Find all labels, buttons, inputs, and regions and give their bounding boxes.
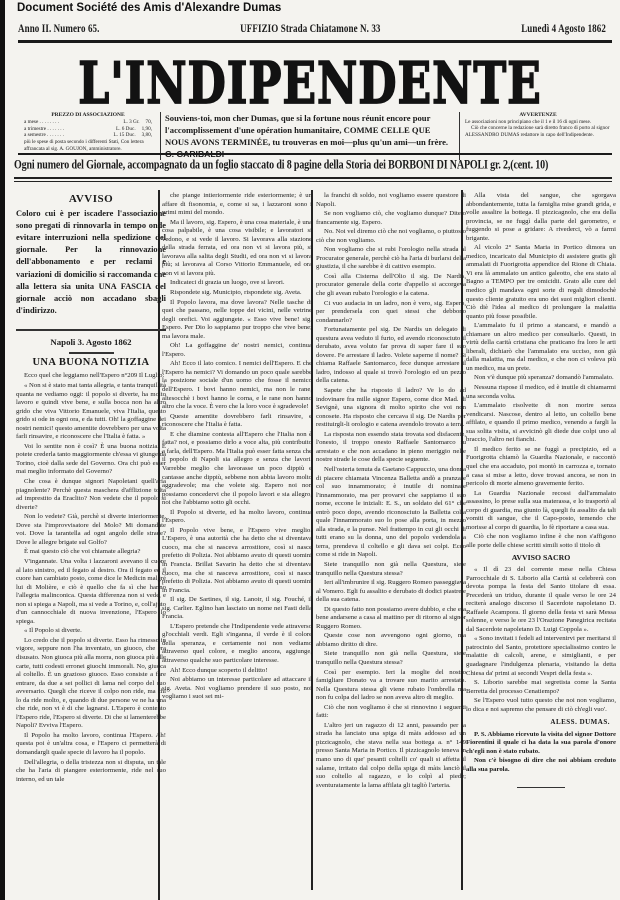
paragraph: Alla vista del sangue, che sgorgava abbo…	[466, 192, 616, 243]
paragraph: È mai questo ciò che voi chiamate allegr…	[16, 548, 166, 557]
paragraph: Ciò che non vogliamo infine è che non s'…	[466, 533, 616, 550]
avviso-sacro-body: « Il dì 23 del corrente mese nella Chies…	[466, 566, 616, 714]
paragraph: Noi abbiamo un interesse particolare ad …	[162, 676, 312, 702]
paragraph: S. Liborio sarebbe mai segretista come l…	[466, 679, 616, 696]
paragraph: Ah! Ecco dunque scoperto il delitto!	[162, 667, 312, 676]
article-body: Alla vista del sangue, che sgorgava abbo…	[466, 192, 616, 550]
paragraph: « Non si è stato mai tanta allegria, e t…	[16, 382, 166, 442]
subscription-row: a trimestre . . . . . . .L. 6 Duc.1,90,	[24, 126, 152, 133]
paragraph: la franchi di soldo, noi vogliamo essere…	[316, 192, 466, 209]
paragraph: Rispondete sig. Municipio, rispondete si…	[162, 289, 312, 298]
paragraph: Lo credo che il popolo si diverte. Esso …	[16, 637, 166, 731]
paragraph: Così alla Cisterna dell'Olio il sig. De …	[316, 273, 466, 299]
section-rule	[69, 352, 114, 354]
paragraph: Queste amentite dovrebbero farli rinsavi…	[162, 413, 312, 430]
paragraph: Ecco quel che leggiamo nell'Espero n°209…	[16, 372, 166, 381]
banner-double-rule	[14, 177, 612, 182]
paragraph: L'ammalato fu il primo a stancarsi, e ma…	[466, 322, 616, 373]
paragraph: Se l'Espero vuol tutto questo che noi no…	[466, 697, 616, 714]
notice-box: AVVERTENZE Le associazioni non principia…	[465, 112, 611, 138]
watermark: Document Société des Amis d'Alexandre Du…	[17, 2, 281, 14]
paragraph: Di questo fatto non possiamo avere dubbi…	[316, 606, 466, 632]
paragraph: L'ammalato risolvette di non morire senz…	[466, 402, 616, 445]
paragraph: Ieri all'imbrunire il sig. Ruggero Romeo…	[316, 579, 466, 605]
issue-number: Anno II. Numero 65.	[18, 22, 100, 35]
dateline: Napoli 3. Agosto 1862	[16, 329, 166, 347]
subscription-box: PREZZO DI ASSOCIAZIONE a mese . . . . . …	[24, 112, 152, 153]
notice-heading: AVVERTENZE	[465, 112, 611, 119]
notice-line: Ciò che concerne la redazione sarà diret…	[465, 125, 611, 138]
paragraph: Indicateci di grazia un luogo, ove si la…	[162, 279, 312, 288]
paragraph: Non vogliamo che si rubi l'orologio nell…	[316, 246, 466, 272]
motto-text: Souviens-toi, mon cher Dumas, que si la …	[165, 113, 448, 147]
column-3: la franchi di soldo, noi vogliamo essere…	[316, 192, 466, 791]
paragraph: Così per esempio. Ieri la moglie del nos…	[316, 669, 466, 703]
paragraph: Il Popolo ha molto lavoro, continua l'Es…	[16, 732, 166, 758]
paragraph: La risposta non essendo stata trovata so…	[316, 431, 466, 465]
paragraph: Il Popolo vive bene, e l'Espero vive meg…	[162, 527, 312, 595]
paragraph: « Il dì 23 del corrente mese nella Chies…	[466, 566, 616, 634]
subscription-price: L. 6 Duc.	[116, 126, 136, 133]
office-address: UFFIZIO Strada Chiatamone N. 33	[240, 22, 380, 35]
paragraph: Ma il lavoro, sig. Espero, è una cosa ma…	[162, 219, 312, 279]
paragraph: che piange intieriormente ride esteriorm…	[162, 192, 312, 218]
paragraph: Dell'allegria, o della tristezza non si …	[16, 759, 166, 785]
paragraph: Il Popolo si diverte, ed ha molto lavoro…	[162, 509, 312, 526]
paragraph: Non c'è bisogno di dire che noi abbiam c…	[466, 757, 616, 774]
paragraph: Non lo vedete? Già, perchè si diverte in…	[16, 513, 166, 547]
paragraph: No. Noi vel diremo ciò che noi vogliamo,…	[316, 228, 466, 245]
paragraph: Nessuna rispose il medico, ed è inutile …	[466, 384, 616, 401]
paragraph: Se non vogliamo ciò, che vogliamo dunque…	[316, 210, 466, 227]
banner-top-rule	[18, 153, 612, 155]
paragraph: Al vicolo 2° Santa Maria in Portico dimo…	[466, 244, 616, 321]
paragraph: Fortunatamente pel sig. De Nardis un del…	[316, 326, 466, 386]
paragraph: Ciò che non vogliamo è che si rinnovino …	[316, 704, 466, 721]
paragraph: Sapete che ha risposto il ladro? Ve lo d…	[316, 387, 466, 430]
subscription-period: a trimestre . . . . . . .	[24, 126, 110, 133]
column-2: che piange intieriormente ride esteriorm…	[162, 192, 312, 703]
subscription-period: a mese . . . . . . . .	[24, 119, 117, 126]
header-rule	[18, 40, 612, 43]
paragraph: L'altro jeri un ragazzo di 12 anni, pass…	[316, 722, 466, 790]
paragraph: V'ingannate. Una volta i lazzaroni aveva…	[16, 558, 166, 626]
column-1: AVVISO Coloro cui è per iscadere l'assoc…	[16, 192, 166, 785]
subscription-note: più le spese di posta secondo i differen…	[24, 139, 152, 153]
end-rule	[517, 787, 565, 788]
article-heading: UNA BUONA NOTIZIA	[16, 359, 166, 368]
column-4: Alla vista del sangue, che sgorgava abbo…	[466, 192, 616, 800]
paragraph: Siete tranquillo non già nella Questura,…	[316, 561, 466, 578]
subscription-value: 70,	[146, 119, 152, 126]
paragraph: Ci vuo audacia in un ladro, non è vero, …	[316, 300, 466, 326]
article-body: la franchi di soldo, noi vogliamo essere…	[316, 192, 466, 790]
paragraph: Oh! La goffaggine de' nostri nemici, con…	[162, 342, 312, 359]
subscription-value: 1,90,	[142, 126, 152, 133]
avviso-sacro-heading: AVVISO SACRO	[466, 554, 616, 563]
article-body: che piange intieriormente ride esteriorm…	[162, 192, 312, 702]
paragraph: L'Espero pretende che l'Indipendente ved…	[162, 623, 312, 666]
subscription-heading: PREZZO DI ASSOCIAZIONE	[24, 112, 152, 119]
price-banner: Ogni numero del Giornale, accompagnato d…	[14, 158, 614, 172]
header-info-line: Anno II. Numero 65. UFFIZIO Strada Chiat…	[18, 22, 606, 35]
page-edge	[0, 0, 5, 900]
paragraph: Non v'è dunque più speranza? domandò l'a…	[466, 374, 616, 383]
paragraph: Il sig. De Sartines, il sig. Lanoir, il …	[162, 596, 312, 622]
author-signature: ALESS. DUMAS.	[466, 718, 610, 727]
paragraph: Ah! Ecco il lato comico. I nemici dell'E…	[162, 360, 312, 411]
newspaper-title: L'INDIPENDENTE	[25, 56, 595, 113]
paragraph: Siete tranquillo non già nella Questura,…	[316, 650, 466, 667]
paragraph: Queste cose non avvengono ogni giorno, m…	[316, 632, 466, 649]
paragraph: « Sono invitati i fedeli ad intervenirvi…	[466, 635, 616, 678]
paragraph: Il medico ferito se ne fuggì a precipizi…	[466, 446, 616, 489]
paragraph: Voi lo sentite non è così? È una buona n…	[16, 443, 166, 477]
subscription-row: a mese . . . . . . . .L. 3 Gr.70,	[24, 119, 152, 126]
paragraph: P. S. Abbiamo ricevuto la visita del sig…	[466, 731, 616, 757]
paragraph: E che diamine contesta all'Espero che l'…	[162, 431, 312, 508]
paragraph: La Guardia Nazionale recossi dall'ammala…	[466, 490, 616, 533]
paragraph: Che cosa è dunque signori Napoletani que…	[16, 478, 166, 512]
avviso-body: Coloro cui è per iscadere l'associazione…	[16, 208, 166, 318]
subscription-price: L. 3 Gr.	[123, 119, 139, 126]
paragraph: Il Popolo lavora, ma dove lavora? Nelle …	[162, 299, 312, 342]
postscript: P. S. Abbiamo ricevuto la visita del sig…	[466, 731, 616, 775]
article-body: Ecco quel che leggiamo nell'Espero n°209…	[16, 372, 166, 784]
paragraph: Nell'osteria tenuta da Gaetano Cappuccio…	[316, 466, 466, 560]
issue-date: Lunedì 4 Agosto 1862	[521, 22, 606, 35]
avviso-heading: AVVISO	[16, 195, 166, 204]
paragraph: « Il Popolo si diverte.	[16, 627, 166, 636]
